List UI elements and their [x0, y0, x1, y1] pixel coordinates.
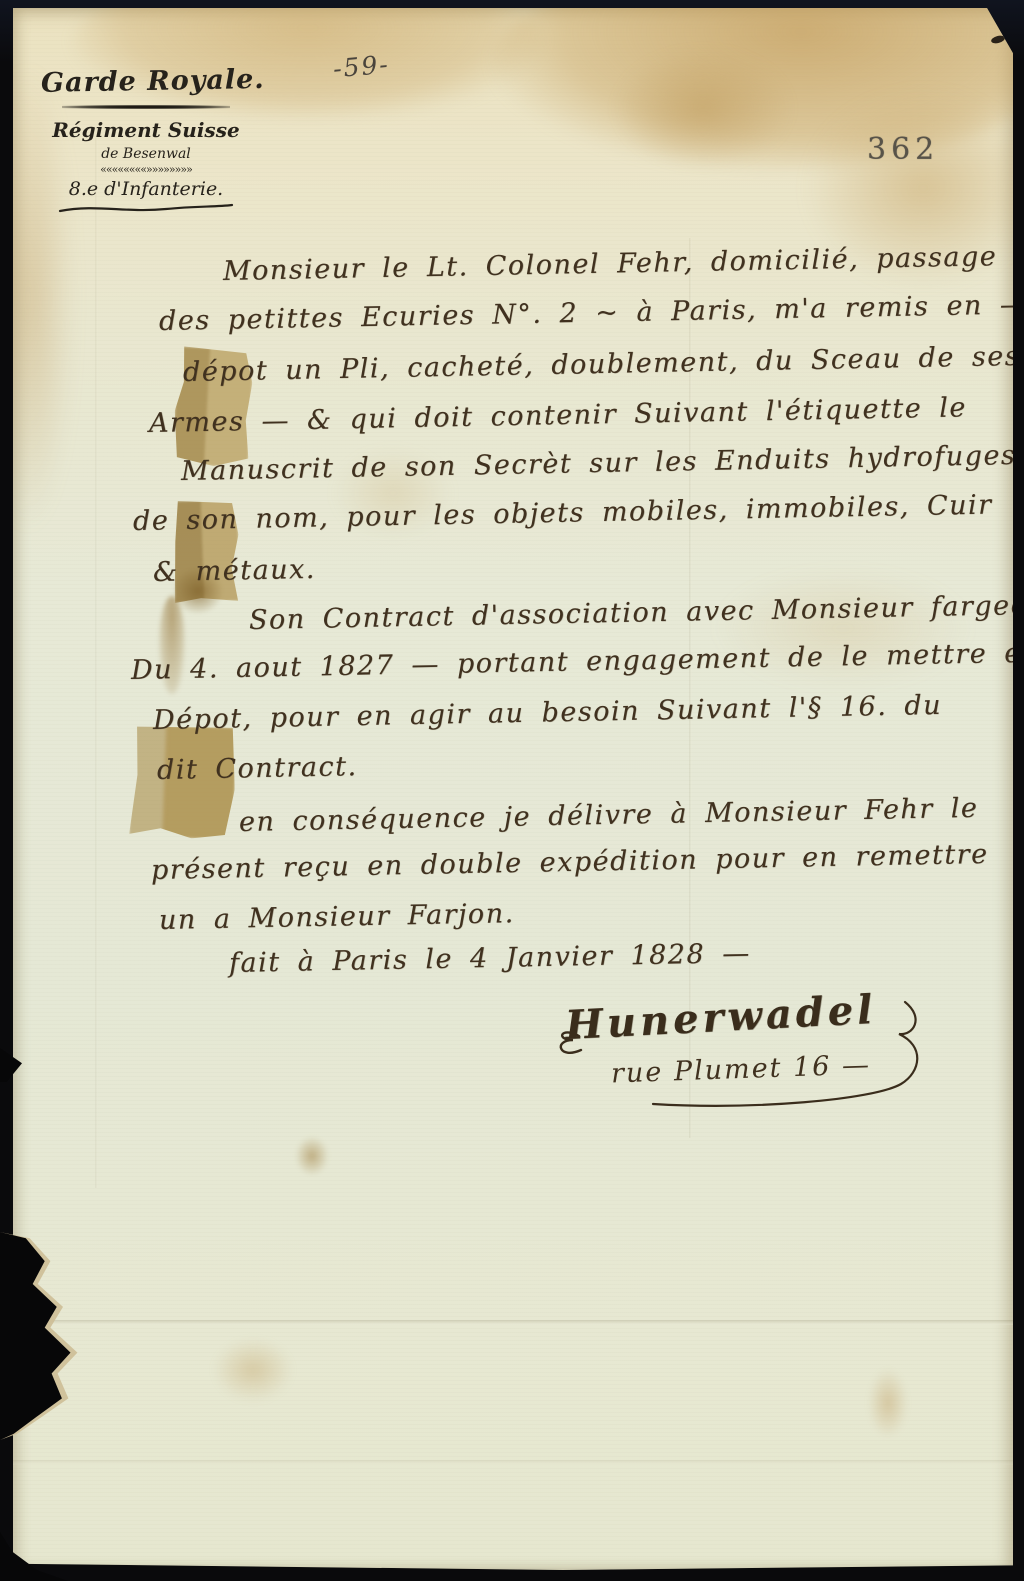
- ink-spot: [295, 1136, 329, 1176]
- letterhead-ornament: ««««««««»»»»»»»»: [41, 163, 251, 176]
- document-paper: Garde Royale. Régiment Suisse de Besenwa…: [13, 8, 1013, 1570]
- letter-line: des petittes Ecuries N°. 2 ~ à Paris, m'…: [159, 289, 1013, 337]
- letter-line: Monsieur le Lt. Colonel Fehr, domicilié,…: [223, 241, 998, 287]
- letterhead-unit: 8.e d'Infanterie.: [41, 178, 251, 200]
- water-stain: [613, 48, 793, 168]
- letter-line: Armes — & qui doit contenir Suivant l'ét…: [149, 392, 967, 439]
- letter-line: Son Contract d'association avec Monsieur…: [249, 590, 1013, 636]
- stamped-folio-number: 362: [867, 132, 939, 167]
- letter-dateline: fait à Paris le 4 Janvier 1828 —: [229, 938, 751, 979]
- letter-line: & métaux.: [153, 554, 316, 588]
- letter-line: Dépot, pour en agir au besoin Suivant l'…: [153, 690, 943, 736]
- fold-crease: [13, 1320, 1013, 1325]
- fold-crease: [95, 138, 98, 1188]
- letter-line: dit Contract.: [157, 751, 358, 786]
- pencil-page-number: -59-: [332, 50, 391, 84]
- fold-crease: [13, 1460, 1013, 1465]
- paper-speck: [990, 34, 1005, 44]
- water-stain: [213, 1338, 293, 1402]
- letter-line: un a Monsieur Farjon.: [159, 898, 515, 936]
- letter-line: de son nom, pour les objets mobiles, imm…: [133, 489, 993, 536]
- letterhead: Garde Royale. Régiment Suisse de Besenwa…: [41, 66, 251, 215]
- scanned-letter-page: Garde Royale. Régiment Suisse de Besenwa…: [0, 0, 1024, 1581]
- letterhead-title: Garde Royale.: [41, 64, 252, 99]
- letterhead-regiment: Régiment Suisse: [41, 118, 251, 142]
- letter-line: présent reçu en double expédition pour e…: [151, 839, 989, 886]
- letterhead-battalion: de Besenwal: [41, 146, 251, 162]
- letter-line: Du 4. aout 1827 — portant engagement de …: [131, 637, 1013, 686]
- letterhead-divider: [62, 105, 230, 109]
- water-stain: [868, 1368, 908, 1438]
- letter-line: dépot un Pli, cacheté, doublement, du Sc…: [183, 341, 1013, 388]
- letterhead-swash-underline: [56, 201, 236, 215]
- letter-line: en conséquence je délivre à Monsieur Feh…: [239, 793, 979, 838]
- letter-line: Manuscrit de son Secrèt sur les Enduits …: [181, 440, 1013, 487]
